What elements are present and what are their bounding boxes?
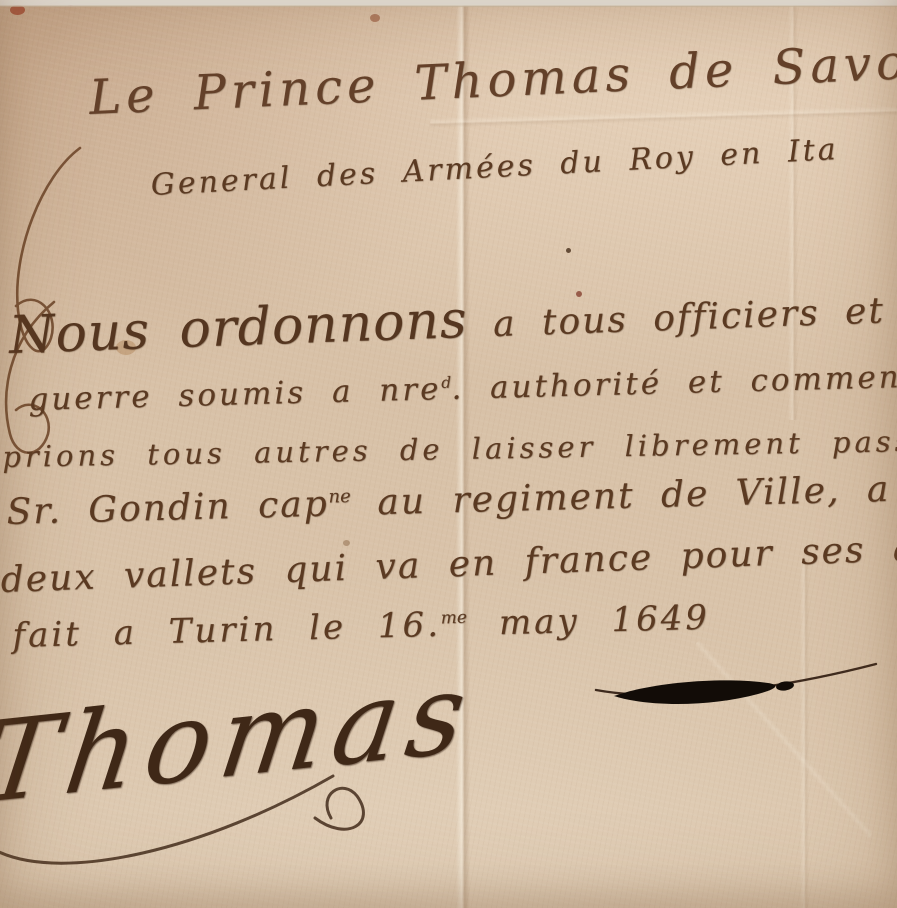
heading-line-2: General des Armées du Roy en Ita bbox=[150, 132, 839, 203]
body-line-3-text: prions tous autres de laisser librement … bbox=[2, 424, 897, 474]
body-line-3: prions tous autres de laisser librement … bbox=[2, 424, 897, 474]
body-line-2-superscript: d bbox=[441, 374, 451, 392]
ink-speck bbox=[566, 248, 571, 253]
heading-line-1-text: Le Prince Thomas de Savoy bbox=[88, 33, 897, 126]
signature-name: Thomas bbox=[0, 647, 482, 829]
heading-line-1: Le Prince Thomas de Savoy bbox=[88, 33, 897, 126]
ink-blot-flourish bbox=[578, 636, 888, 716]
photo-top-edge bbox=[0, 0, 897, 7]
body-line-4-text: Sr. Gondin cap bbox=[6, 484, 329, 533]
fold-crease-horizontal-top bbox=[430, 106, 897, 128]
dateline-text: fait a Turin le 16. bbox=[12, 605, 441, 656]
body-opening-flourished-word: Nous ordonnons bbox=[8, 290, 469, 366]
signature: Thomas bbox=[0, 647, 482, 829]
body-line-5: deux vallets qui va en france pour ses a bbox=[0, 528, 897, 601]
heading-line-2-text: General des Armées du Roy en Ita bbox=[150, 132, 839, 203]
dateline-superscript: me bbox=[441, 608, 468, 629]
ink-speck bbox=[343, 540, 350, 546]
body-opening-rest: a tous officiers et gen bbox=[467, 287, 897, 346]
body-line-opening: Nous ordonnons a tous officiers et gen bbox=[8, 272, 897, 366]
dateline: fait a Turin le 16.me may 1649 bbox=[12, 598, 710, 656]
body-line-4-superscript: ne bbox=[328, 486, 351, 508]
body-line-5-text: deux vallets qui va en france pour ses a bbox=[0, 528, 897, 601]
manuscript-photo: Le Prince Thomas de Savoy General des Ar… bbox=[0, 0, 897, 908]
red-stain-spot bbox=[370, 14, 380, 22]
fold-crease-vertical-right-bottom bbox=[800, 560, 809, 908]
fold-crease-diagonal-corner bbox=[694, 640, 874, 839]
dateline-year: may 1649 bbox=[467, 598, 711, 644]
body-line-2-rest: . authorité et commende bbox=[451, 358, 897, 407]
body-line-2-text: guerre soumis a nre bbox=[28, 371, 442, 418]
body-line-4-rest: au regiment de Ville, a bbox=[350, 469, 890, 524]
body-line-2: guerre soumis a nred. authorité et comme… bbox=[28, 358, 897, 418]
body-line-4: Sr. Gondin capne au regiment de Ville, a bbox=[6, 469, 891, 533]
